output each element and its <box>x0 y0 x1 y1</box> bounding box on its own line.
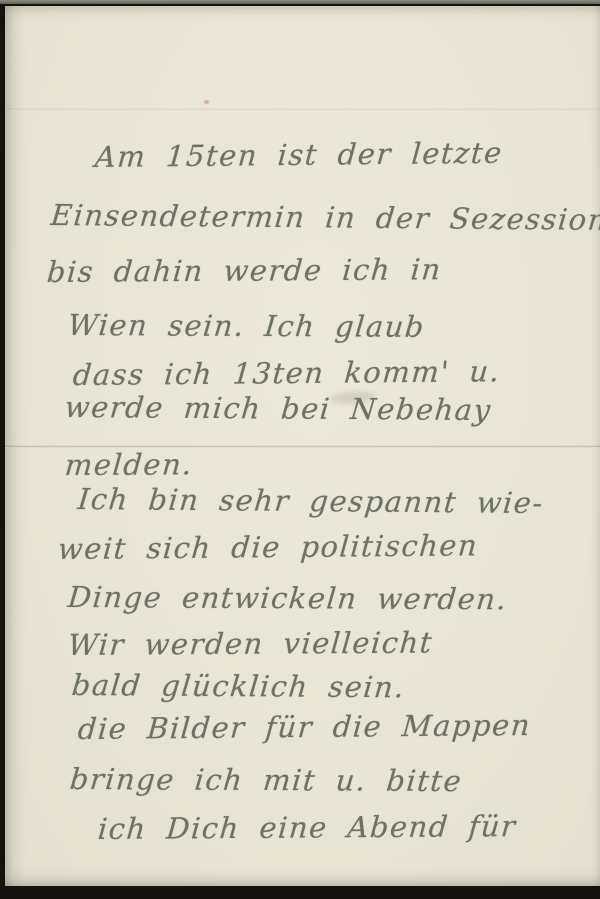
photo-background: Am 15ten ist der letzte Einsendetermin i… <box>0 0 600 899</box>
handwriting-line: bis dahin werde ich in <box>46 252 444 289</box>
handwriting-line: Wien sein. Ich glaub <box>66 308 426 344</box>
handwriting-line: bald glücklich sein. <box>70 668 406 704</box>
handwriting-line: melden. <box>64 447 195 482</box>
handwriting-line: weit sich die politischen <box>57 528 480 566</box>
paper-speck <box>204 100 209 104</box>
handwriting-line: Dinge entwickeln werden. <box>66 580 509 616</box>
handwriting-line: werde mich bei Nebehay <box>63 390 493 427</box>
handwriting-line: die Bilder für die Mappen <box>77 708 533 746</box>
handwriting-line: ich Dich eine Abend für <box>97 809 518 846</box>
handwriting-line: Einsendetermin in der Sezession <box>49 198 600 237</box>
letter-paper: Am 15ten ist der letzte Einsendetermin i… <box>5 6 600 886</box>
handwriting-line: Ich bin sehr gespannt wie- <box>76 482 545 520</box>
handwriting-line: bringe ich mit u. bitte <box>68 762 463 798</box>
handwriting-line: Wir werden vielleicht <box>67 625 435 662</box>
handwriting-line: Am 15ten ist der letzte <box>94 136 504 174</box>
handwriting-line: dass ich 13ten komm' u. <box>72 354 502 392</box>
photo-top-edge <box>0 0 600 4</box>
paper-crease-top <box>5 108 600 111</box>
